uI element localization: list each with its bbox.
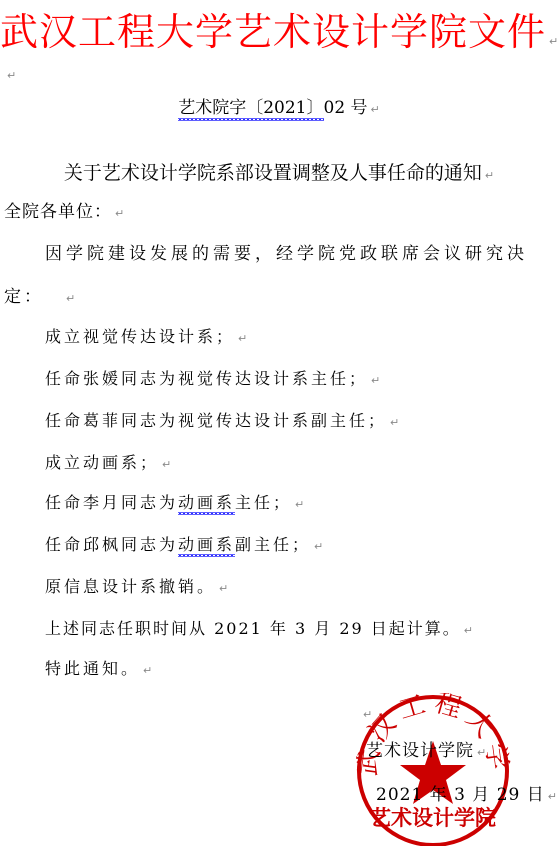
item-text: 任命邱枫同志为 — [45, 535, 178, 554]
salutation-text: 全院各单位： — [4, 202, 112, 222]
item-5: 任命李月同志为动画系主任；↵ — [45, 492, 307, 516]
paragraph-mark: ↵ — [548, 790, 558, 803]
document-header-title: 武汉工程大学艺术设计学院文件↵ — [0, 8, 558, 66]
paragraph-mark: ↵ — [390, 416, 402, 429]
paragraph-mark: ↵ — [314, 540, 326, 553]
item-3: 任命葛菲同志为视觉传达设计系副主任；↵ — [45, 410, 402, 434]
paragraph-mark: ↵ — [66, 292, 78, 305]
spellcheck-underlined-text[interactable]: 动画系 — [178, 535, 235, 557]
paragraph-mark: ↵ — [371, 374, 383, 387]
paragraph-mark: ↵ — [295, 498, 307, 511]
intro-line-2-text: 定： — [4, 287, 44, 307]
empty-paragraph: ↵ — [4, 64, 16, 83]
item-text: 上述同志任职时间从 2021 年 3 月 29 日起计算。 — [45, 619, 461, 638]
item-text: 原信息设计系撤销。 — [45, 577, 216, 596]
spellcheck-underlined-text[interactable]: 动画系 — [178, 493, 235, 515]
item-7: 原信息设计系撤销。↵ — [45, 576, 231, 600]
seal-bottom-text: 艺术设计学院 — [370, 806, 496, 830]
paragraph-mark: ↵ — [143, 664, 155, 677]
intro-line-1-text: 因学院建设发展的需要，经学院党政联席会议研究决 — [45, 244, 528, 264]
closing-line: 特此通知。↵ — [45, 658, 155, 682]
paragraph-mark: ↵ — [477, 746, 487, 759]
intro-line-1: 因学院建设发展的需要，经学院党政联席会议研究决 — [45, 243, 528, 265]
paragraph-mark: ↵ — [371, 103, 380, 116]
item-text: 特此通知。 — [45, 659, 140, 678]
doc-number-suffix: 02 号 — [324, 98, 368, 118]
signature-organization: 艺术设计学院↵ — [366, 740, 487, 764]
paragraph-mark: ↵ — [238, 332, 250, 345]
notice-title-text: 关于艺术设计学院系部设置调整及人事任命的通知 — [64, 162, 482, 184]
paragraph-mark: ↵ — [7, 69, 16, 82]
notice-title: 关于艺术设计学院系部设置调整及人事任命的通知↵ — [0, 160, 558, 189]
salutation: 全院各单位：↵ — [4, 201, 125, 225]
paragraph-mark: ↵ — [219, 582, 231, 595]
signature-org-text: 艺术设计学院 — [366, 741, 474, 761]
paragraph-mark: ↵ — [162, 458, 174, 471]
item-1: 成立视觉传达设计系；↵ — [45, 326, 250, 350]
effective-date-line: 上述同志任职时间从 2021 年 3 月 29 日起计算。↵ — [45, 618, 475, 642]
item-text: 任命张媛同志为视觉传达设计系主任； — [45, 369, 368, 388]
spellcheck-underlined-text[interactable]: 艺术院字〔2021〕 — [178, 98, 323, 121]
item-text: 副主任； — [235, 535, 311, 554]
item-6: 任命邱枫同志为动画系副主任；↵ — [45, 534, 326, 558]
document-number: 艺术院字〔2021〕02 号↵ — [0, 96, 558, 122]
paragraph-mark: ↵ — [464, 624, 475, 637]
item-text: 主任； — [235, 493, 292, 512]
item-text: 任命葛菲同志为视觉传达设计系副主任； — [45, 411, 387, 430]
paragraph-mark: ↵ — [485, 169, 494, 182]
item-text: 成立视觉传达设计系； — [45, 327, 235, 346]
official-seal: 武汉工程大学 艺术设计学院 — [355, 693, 511, 846]
item-text: 成立动画系； — [45, 453, 159, 472]
paragraph-mark: ↵ — [115, 207, 125, 220]
header-title-text: 武汉工程大学艺术设计学院文件 — [0, 10, 546, 54]
signature-date-text: 2021 年 3 月 29 日 — [376, 785, 545, 805]
intro-line-2: 定：↵ — [4, 286, 78, 310]
item-4: 成立动画系；↵ — [45, 452, 174, 476]
item-2: 任命张媛同志为视觉传达设计系主任；↵ — [45, 368, 383, 392]
item-text: 任命李月同志为 — [45, 493, 178, 512]
paragraph-mark: ↵ — [549, 35, 558, 48]
signature-date: 2021 年 3 月 29 日↵ — [376, 784, 558, 808]
